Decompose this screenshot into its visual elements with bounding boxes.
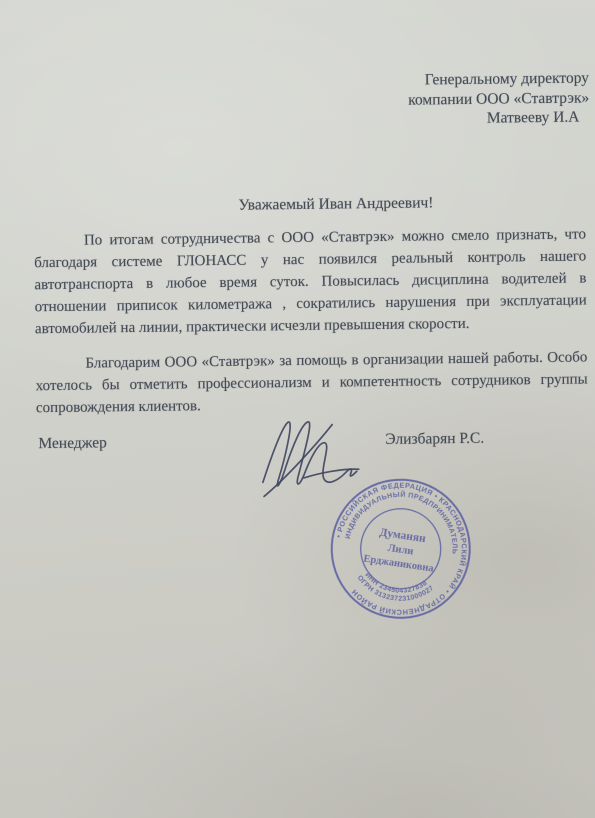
signer-title: Менеджер [38,434,107,453]
recipient-line: Матвееву И.А [289,107,589,130]
signer-name: Элизбарян Р.С. [385,430,484,449]
round-stamp: • РОССИЙСКАЯ ФЕДЕРАЦИЯ • КРАСНОДАРСКИЙ К… [318,466,484,632]
recipient-block: Генеральному директору компании ООО «Ста… [289,68,590,130]
stamp-center-name-line: Лили [387,543,414,558]
salutation: Уважаемый Иван Андреевич! [238,194,433,214]
body-paragraph-2: Благодарим ООО «Ставтрэк» за помощь в ор… [35,346,588,419]
body-paragraph-1: По итогам сотрудничества с ООО «Ставтрэк… [34,223,587,340]
photographed-letter: Генеральному директору компании ООО «Ста… [0,0,595,818]
letter-sheet: Генеральному директору компании ООО «Ста… [0,0,595,818]
stamp-center-name-line: Думанян [379,527,427,546]
stamp-center-name-line: Ерджаниковна [363,554,435,575]
